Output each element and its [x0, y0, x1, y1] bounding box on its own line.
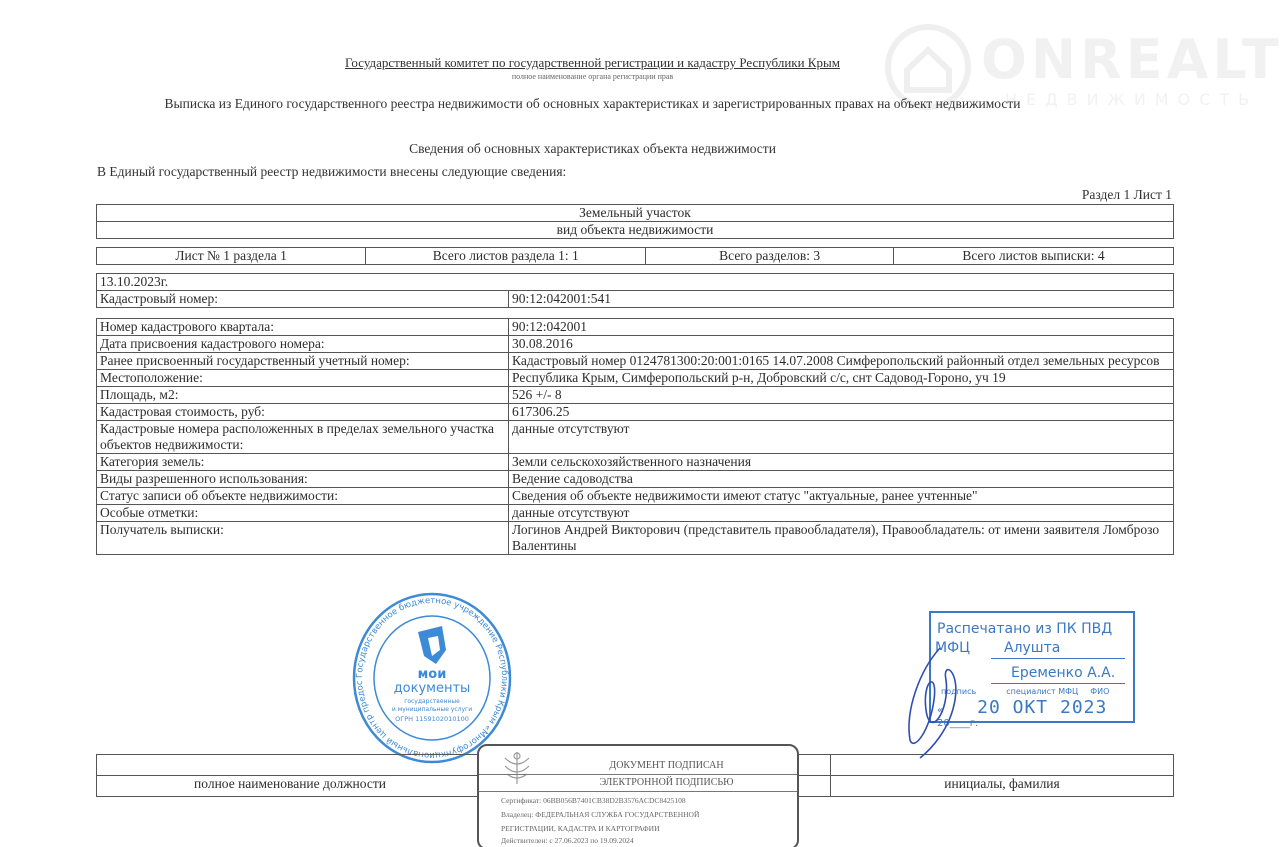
row-label: Получатель выписки: — [97, 522, 509, 555]
stamp-city: Алушта — [1004, 640, 1060, 656]
row-value: Сведения об объекте недвижимости имеют с… — [509, 488, 1174, 505]
extract-sheets-total: Всего листов выписки: 4 — [893, 248, 1173, 265]
table-row: Статус записи об объекте недвижимости:Св… — [97, 488, 1174, 505]
row-label: Местоположение: — [97, 370, 509, 387]
row-label: Дата присвоения кадастрового номера: — [97, 336, 509, 353]
table-row: Номер кадастрового квартала:90:12:042001 — [97, 319, 1174, 336]
organization-name: Государственный комитет по государственн… — [0, 55, 1185, 71]
table-row: Категория земель:Земли сельскохозяйствен… — [97, 454, 1174, 471]
svg-text:мои: мои — [418, 667, 447, 682]
e-sign-validity: Действителен: с 27.06.2023 по 19.09.2024 — [501, 836, 634, 845]
sheet-number: Лист № 1 раздела 1 — [97, 248, 366, 265]
row-label: Площадь, м2: — [97, 387, 509, 404]
object-type-caption: вид объекта недвижимости — [97, 222, 1174, 239]
intro-text: В Единый государственный реестр недвижим… — [97, 164, 566, 180]
row-label: Особые отметки: — [97, 505, 509, 522]
extract-head-table: 13.10.2023г. Кадастровый номер: 90:12:04… — [96, 273, 1174, 308]
sections-total: Всего разделов: 3 — [646, 248, 894, 265]
row-label: Ранее присвоенный государственный учетны… — [97, 353, 509, 370]
table-row: Получатель выписки:Логинов Андрей Виктор… — [97, 522, 1174, 555]
row-value: 30.08.2016 — [509, 336, 1174, 353]
extract-title: Выписка из Единого государственного реес… — [0, 96, 1185, 112]
stamp-specialist-name: Еременко А.А. — [1011, 665, 1115, 681]
e-sign-certificate: Сертификат: 06BB056B7401CB38D2B3576ACDC8… — [501, 796, 686, 805]
sheets-in-section: Всего листов раздела 1: 1 — [366, 248, 646, 265]
handwritten-signature — [900, 640, 980, 760]
svg-text:ОГРН 1159102010100: ОГРН 1159102010100 — [395, 715, 469, 723]
row-value: 90:12:042001 — [509, 319, 1174, 336]
e-sign-owner-2: РЕГИСТРАЦИИ, КАДАСТРА И КАРТОГРАФИИ — [501, 824, 660, 833]
row-value: данные отсутствуют — [509, 505, 1174, 522]
row-label: Кадастровая стоимость, руб: — [97, 404, 509, 421]
svg-text:и муниципальные услуги: и муниципальные услуги — [392, 706, 472, 713]
row-value: 526 +/- 8 — [509, 387, 1174, 404]
row-label: Статус записи об объекте недвижимости: — [97, 488, 509, 505]
initials-caption: инициалы, фамилия — [831, 776, 1174, 797]
cadastral-number-value: 90:12:042001:541 — [509, 291, 1174, 308]
electronic-signature-box: ДОКУМЕНТ ПОДПИСАН ЭЛЕКТРОННОЙ ПОДПИСЬЮ С… — [477, 744, 799, 847]
row-label: Категория земель: — [97, 454, 509, 471]
e-sign-title-2: ЭЛЕКТРОННОЙ ПОДПИСЬЮ — [539, 777, 794, 788]
cadastral-number-label: Кадастровый номер: — [97, 291, 509, 308]
organization-caption: полное наименование органа регистрации п… — [0, 72, 1185, 81]
section-title: Сведения об основных характеристиках объ… — [0, 141, 1185, 157]
svg-text:государственные: государственные — [404, 698, 460, 705]
characteristics-table: Номер кадастрового квартала:90:12:042001… — [96, 318, 1174, 555]
e-sign-owner-1: Владелец: ФЕДЕРАЛЬНАЯ СЛУЖБА ГОСУДАРСТВЕ… — [501, 810, 699, 819]
table-row: Кадастровая стоимость, руб:617306.25 — [97, 404, 1174, 421]
object-type-table: Земельный участок вид объекта недвижимос… — [96, 204, 1174, 239]
rosreestr-emblem-icon — [497, 748, 537, 788]
table-row: Виды разрешенного использования:Ведение … — [97, 471, 1174, 488]
row-value: данные отсутствуют — [509, 421, 1174, 454]
row-value: Земли сельскохозяйственного назначения — [509, 454, 1174, 471]
table-row: Площадь, м2:526 +/- 8 — [97, 387, 1174, 404]
row-value: Ведение садоводства — [509, 471, 1174, 488]
row-value: Республика Крым, Симферопольский р-н, До… — [509, 370, 1174, 387]
svg-text:документы: документы — [394, 681, 471, 696]
table-row: Местоположение:Республика Крым, Симфероп… — [97, 370, 1174, 387]
object-type: Земельный участок — [97, 205, 1174, 222]
mfc-round-stamp: Государственное бюджетное учреждение Рес… — [352, 592, 512, 764]
stamp-line-1: Распечатано из ПК ПВД — [937, 621, 1112, 637]
e-sign-title-1: ДОКУМЕНТ ПОДПИСАН — [539, 760, 794, 771]
table-row: Ранее присвоенный государственный учетны… — [97, 353, 1174, 370]
moi-dokumenty-logo-icon — [418, 626, 446, 664]
row-value: 617306.25 — [509, 404, 1174, 421]
stamp-date: 20 ОКТ 2023 — [977, 697, 1107, 718]
section-reference: Раздел 1 Лист 1 — [1082, 187, 1172, 203]
row-label: Номер кадастрового квартала: — [97, 319, 509, 336]
row-label: Виды разрешенного использования: — [97, 471, 509, 488]
table-row: Дата присвоения кадастрового номера:30.0… — [97, 336, 1174, 353]
row-value: Кадастровый номер 0124781300:20:001:0165… — [509, 353, 1174, 370]
row-label: Кадастровые номера расположенных в преде… — [97, 421, 509, 454]
table-row: Кадастровые номера расположенных в преде… — [97, 421, 1174, 454]
row-value: Логинов Андрей Викторович (представитель… — [509, 522, 1174, 555]
extract-date: 13.10.2023г. — [97, 274, 1174, 291]
table-row: Особые отметки:данные отсутствуют — [97, 505, 1174, 522]
sheets-info-table: Лист № 1 раздела 1 Всего листов раздела … — [96, 247, 1174, 265]
position-caption: полное наименование должности — [97, 776, 484, 797]
